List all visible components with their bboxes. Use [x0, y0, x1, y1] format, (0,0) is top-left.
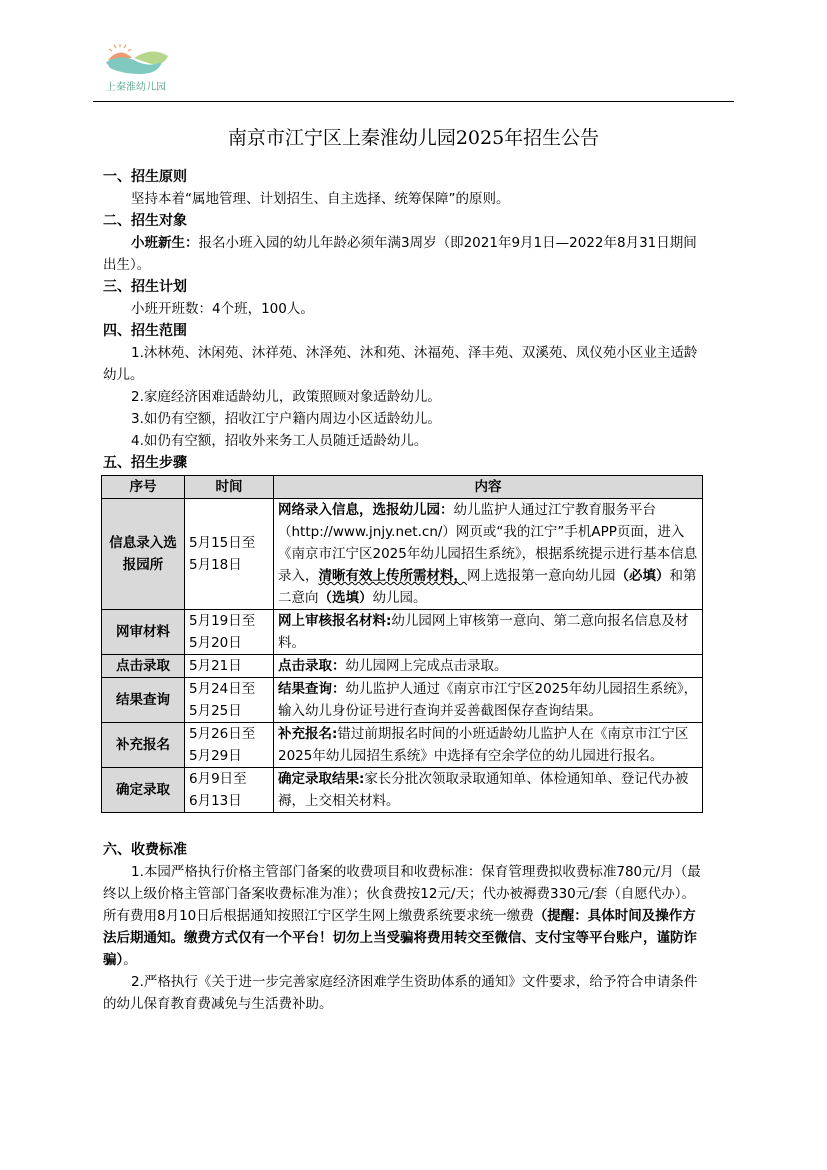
table-row: 补充报名 5月26日至5月29日 补充报名:错过前期报名时间的小班适龄幼儿监护人…: [102, 723, 703, 768]
section-heading: 二、招生对象: [103, 210, 703, 232]
step-time: 6月9日至6月13日: [185, 768, 274, 813]
table-row: 结果查询 5月24日至5月25日 结果查询：幼儿监护人通过《南京市江宁区2025…: [102, 678, 703, 723]
step-time: 5月15日至5月18日: [185, 499, 274, 610]
step-content: 网络录入信息，选报幼儿园：幼儿监护人通过江宁教育服务平台（http://www.…: [274, 499, 703, 610]
step-name: 信息录入选报园所: [102, 499, 185, 610]
step-content: 点击录取：幼儿园网上完成点击录取。: [274, 655, 703, 678]
table-row: 确定录取 6月9日至6月13日 确定录取结果:家长分批次领取录取通知单、体检通知…: [102, 768, 703, 813]
list-item: 3.如仍有空额，招收江宁户籍内周边小区适龄幼儿。: [103, 408, 703, 430]
paragraph: 1.本园严格执行价格主管部门备案的收费项目和收费标准：保育管理费拟收费标准780…: [103, 861, 703, 971]
table-row: 信息录入选报园所 5月15日至5月18日 网络录入信息，选报幼儿园：幼儿监护人通…: [102, 499, 703, 610]
table-row: 网审材料 5月19日至5月20日 网上审核报名材料:幼儿园网上审核第一意向、第二…: [102, 610, 703, 655]
step-content: 确定录取结果:家长分批次领取录取通知单、体检通知单、登记代办被褥，上交相关材料。: [274, 768, 703, 813]
step-name: 确定录取: [102, 768, 185, 813]
column-header: 时间: [185, 476, 274, 499]
column-header: 内容: [274, 476, 703, 499]
step-content: 结果查询：幼儿监护人通过《南京市江宁区2025年幼儿园招生系统》，输入幼儿身份证…: [274, 678, 703, 723]
section-heading: 五、招生步骤: [103, 452, 703, 474]
school-logo: 上秦淮幼儿园: [104, 44, 176, 98]
step-content: 网上审核报名材料:幼儿园网上审核第一意向、第二意向报名信息及材料。: [274, 610, 703, 655]
spacer: [103, 813, 703, 839]
document-body: 一、招生原则 坚持本着“属地管理、计划招生、自主选择、统筹保障”的原则。 二、招…: [103, 166, 703, 1015]
label: 小班新生：: [131, 235, 199, 251]
section-heading: 一、招生原则: [103, 166, 703, 188]
sun-wave-logo-icon: [104, 44, 176, 78]
step-name: 网审材料: [102, 610, 185, 655]
paragraph: 小班开班数：4个班，100人。: [103, 298, 703, 320]
section-heading: 三、招生计划: [103, 276, 703, 298]
header-divider: [93, 101, 734, 102]
logo-text: 上秦淮幼儿园: [106, 78, 166, 93]
step-time: 5月21日: [185, 655, 274, 678]
table-row: 点击录取 5月21日 点击录取：幼儿园网上完成点击录取。: [102, 655, 703, 678]
step-time: 5月24日至5月25日: [185, 678, 274, 723]
section-heading: 四、招生范围: [103, 320, 703, 342]
list-item: 4.如仍有空额，招收外来务工人员随迁适龄幼儿。: [103, 430, 703, 452]
column-header: 序号: [102, 476, 185, 499]
section-heading: 六、收费标准: [103, 839, 703, 861]
step-name: 结果查询: [102, 678, 185, 723]
list-item: 1.沐林苑、沐闲苑、沐祥苑、沐泽苑、沐和苑、沐福苑、泽丰苑、双溪苑、凤仪苑小区业…: [103, 342, 703, 386]
paragraph: 小班新生：报名小班入园的幼儿年龄必须年满3周岁（即2021年9月1日—2022年…: [103, 232, 703, 276]
step-time: 5月19日至5月20日: [185, 610, 274, 655]
step-time: 5月26日至5月29日: [185, 723, 274, 768]
page-title: 南京市江宁区上秦淮幼儿园2025年招生公告: [0, 123, 827, 150]
step-content: 补充报名:错过前期报名时间的小班适龄幼儿监护人在《南京市江宁区2025年幼儿园招…: [274, 723, 703, 768]
enrollment-steps-table: 序号 时间 内容 信息录入选报园所 5月15日至5月18日 网络录入信息，选报幼…: [101, 475, 703, 813]
paragraph: 坚持本着“属地管理、计划招生、自主选择、统筹保障”的原则。: [103, 188, 703, 210]
list-item: 2.家庭经济困难适龄幼儿，政策照顾对象适龄幼儿。: [103, 386, 703, 408]
table-header-row: 序号 时间 内容: [102, 476, 703, 499]
step-name: 点击录取: [102, 655, 185, 678]
paragraph: 2.严格执行《关于进一步完善家庭经济困难学生资助体系的通知》文件要求，给予符合申…: [103, 971, 703, 1015]
step-name: 补充报名: [102, 723, 185, 768]
